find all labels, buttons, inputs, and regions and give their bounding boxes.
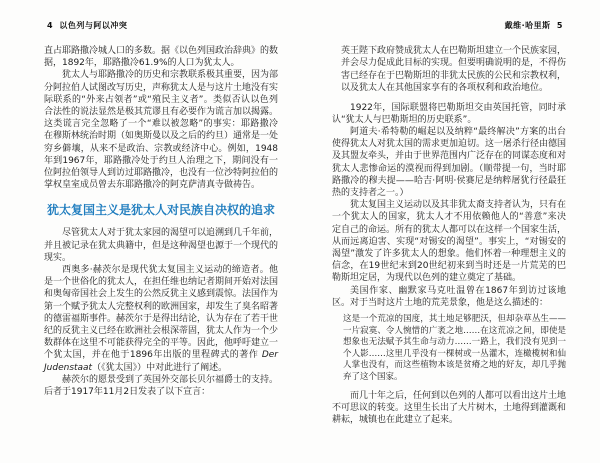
running-head-right: 戴维·哈里斯 5: [332, 20, 566, 31]
running-head-author: 戴维·哈里斯: [505, 21, 551, 30]
running-head-book-title: 以色列与阿以冲突: [59, 21, 127, 30]
paragraph-hitler-final-solution: 阿道夫·希特勒的崛起以及纳粹“最终解决”方案的出台使得犹太人对犹太国的需求更加迫…: [332, 126, 566, 199]
paragraph-herzl-text-end: （《犹太国》）中对此进行了阐述。: [92, 363, 227, 373]
page-number-left: 4: [47, 21, 53, 30]
paragraph-herzl-text: 西奥多·赫茨尔是现代犹太复国主义运动的缔造者。他是一个世俗化的犹太人，在担任维也…: [44, 265, 278, 360]
paragraph-land-transformation: 而几十年之后，任何到以色列的人都可以看出这片土地不可思议的转变。这里生长出了大片…: [332, 390, 566, 427]
paragraph-balfour-intro: 赫茨尔的愿景受到了英国外交部长贝尔福爵士的支持。后者于1917年11月2日发表了…: [44, 374, 278, 398]
paragraph-league-mandate: 1922年，国际联盟将巴勒斯坦交由英国托管，同时承认“犹太人与巴勒斯坦的历史联系…: [332, 102, 566, 126]
section-heading-zionism: 犹太复国主义是犹太人对民族自决权的追求: [44, 203, 278, 217]
paragraph-homeland-longing: 尽管犹太人对于犹太家园的渴望可以追溯到几千年前，并且被记录在犹太典籍中，但是这种…: [44, 227, 278, 264]
page-right: 戴维·哈里斯 5 英王陛下政府赞成犹太人在巴勒斯坦建立一个民族家园，并会尽力促成…: [332, 20, 566, 426]
paragraph-herzl: 西奥多·赫茨尔是现代犹太复国主义运动的缔造者。他是一个世俗化的犹太人，在担任维也…: [44, 264, 278, 374]
paragraph-twain-intro: 美国作家、幽默家马克吐温曾在1867年到访过该地区。对于当时这片土地的荒芜景象，…: [332, 285, 566, 309]
paragraph-jewish-historical-ties: 犹太人与耶路撒冷的历史和宗教联系极其重要，因为部分阿拉伯人试图改写历史，声称犹太…: [44, 69, 278, 191]
page-left: 4 以色列与阿以冲突 直占耶路撒冷城人口的多数。据《以色列国政治辞典》的数据，1…: [44, 20, 278, 398]
blockquote-mark-twain: 这是一个荒凉的国度，其土地足够肥沃，但却杂草丛生——一片寂寞、令人惋惜的广袤之地…: [343, 314, 566, 384]
paragraph-jerusalem-population: 直占耶路撒冷城人口的多数。据《以色列国政治辞典》的数据，1892年，耶路撒冷61…: [44, 45, 278, 69]
page-number-right: 5: [557, 21, 563, 30]
blockquote-balfour-declaration: 英王陛下政府赞成犹太人在巴勒斯坦建立一个民族家园，并会尽力促成此目标的实现。但要…: [341, 45, 566, 95]
paragraph-zionist-movement: 犹太复国主义运动以及其非犹太裔支持者认为，只有在一个犹太人的国家，犹太人才不用依…: [332, 199, 566, 284]
running-head-left: 4 以色列与阿以冲突: [44, 20, 278, 31]
book-spread: 4 以色列与阿以冲突 直占耶路撒冷城人口的多数。据《以色列国政治辞典》的数据，1…: [0, 0, 600, 463]
